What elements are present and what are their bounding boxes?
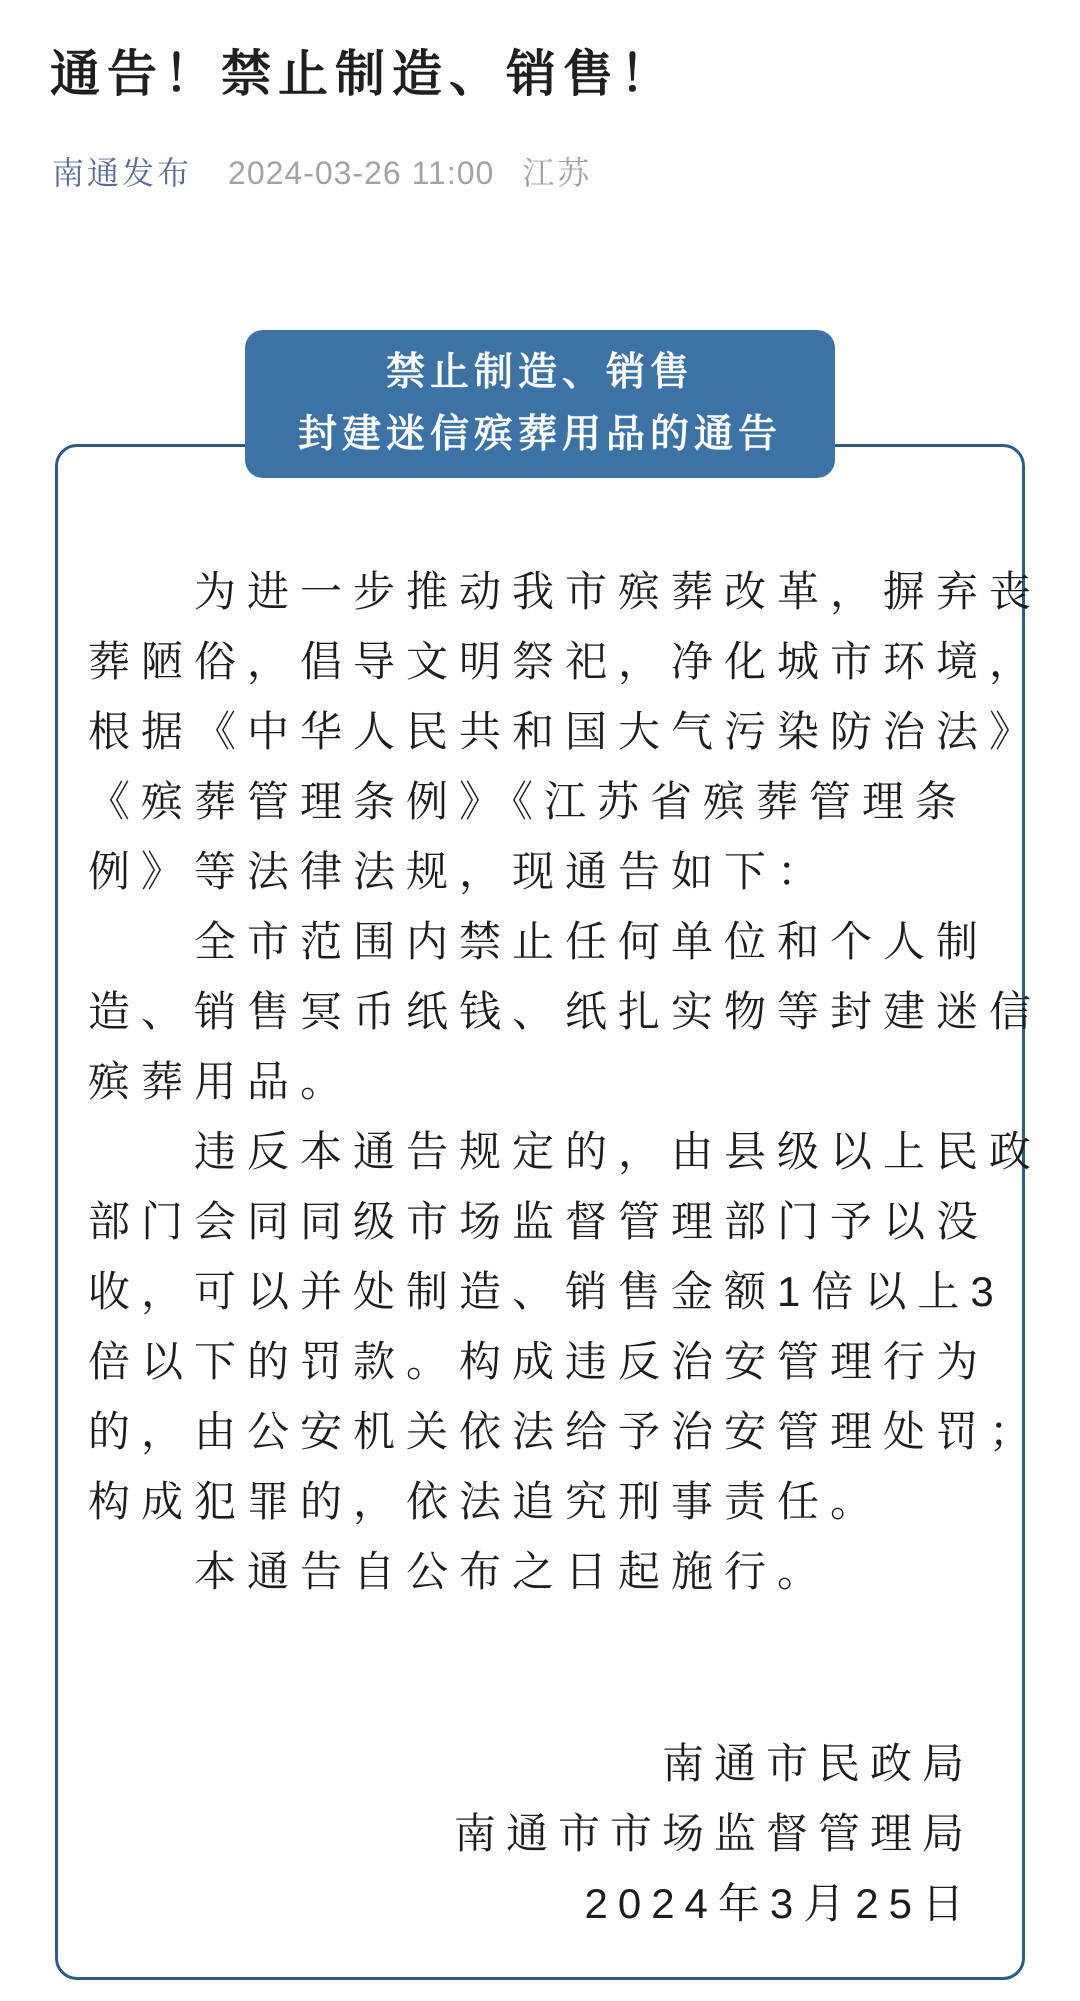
notice-body-text: 为进一步推动我市殡葬改革，摒弃丧葬陋俗，倡导文明祭祀，净化城市环境，根据《中华人…: [88, 557, 992, 1607]
notice-body-line: 葬陋俗，倡导文明祭祀，净化城市环境，: [88, 627, 992, 697]
notice-body-line: 本通告自公布之日起施行。: [88, 1537, 992, 1607]
notice-title-banner: 禁止制造、销售封建迷信殡葬用品的通告: [245, 330, 835, 478]
publish-region: 江苏: [522, 148, 592, 194]
notice-body-line: 构成犯罪的，依法追究刑事责任。: [88, 1467, 992, 1537]
article-title: 通告！禁止制造、销售！: [0, 0, 1080, 104]
notice-banner-line: 禁止制造、销售: [245, 342, 835, 404]
notice-banner-line: 封建迷信殡葬用品的通告: [245, 404, 835, 466]
notice-body-line: 全市范围内禁止任何单位和个人制: [88, 907, 992, 977]
notice-body-line: 殡葬用品。: [88, 1047, 992, 1117]
notice-body-line: 例》等法律法规，现通告如下：: [88, 837, 992, 907]
signature-line: 2024年3月25日: [88, 1869, 974, 1939]
notice-body-line: 部门会同同级市场监督管理部门予以没: [88, 1187, 992, 1257]
signature-line: 南通市市场监督管理局: [88, 1799, 974, 1869]
publisher-account-link[interactable]: 南通发布: [52, 148, 192, 194]
notice-body-line: 倍以下的罚款。构成违反治安管理行为: [88, 1327, 992, 1397]
signature-line: 南通市民政局: [88, 1729, 974, 1799]
article-meta: 南通发布 2024-03-26 11:00 江苏: [52, 148, 1080, 194]
notice-body-line: 违反本通告规定的，由县级以上民政: [88, 1117, 992, 1187]
notice-body-line: 收，可以并处制造、销售金额1倍以上3: [88, 1257, 992, 1327]
notice-body-line: 造、销售冥币纸钱、纸扎实物等封建迷信: [88, 977, 992, 1047]
notice-body-line: 为进一步推动我市殡葬改革，摒弃丧: [88, 557, 992, 627]
notice-body-line: 《殡葬管理条例》《江苏省殡葬管理条: [88, 767, 992, 837]
publish-timestamp: 2024-03-26 11:00: [228, 155, 494, 192]
notice-signature: 南通市民政局南通市市场监督管理局2024年3月25日: [88, 1729, 992, 1939]
notice-body-line: 根据《中华人民共和国大气污染防治法》: [88, 697, 992, 767]
article-page: 通告！禁止制造、销售！ 南通发布 2024-03-26 11:00 江苏 禁止制…: [0, 0, 1080, 2001]
notice-body-box: 为进一步推动我市殡葬改革，摒弃丧葬陋俗，倡导文明祭祀，净化城市环境，根据《中华人…: [55, 444, 1025, 1980]
notice-body-line: 的，由公安机关依法给予治安管理处罚；: [88, 1397, 992, 1467]
